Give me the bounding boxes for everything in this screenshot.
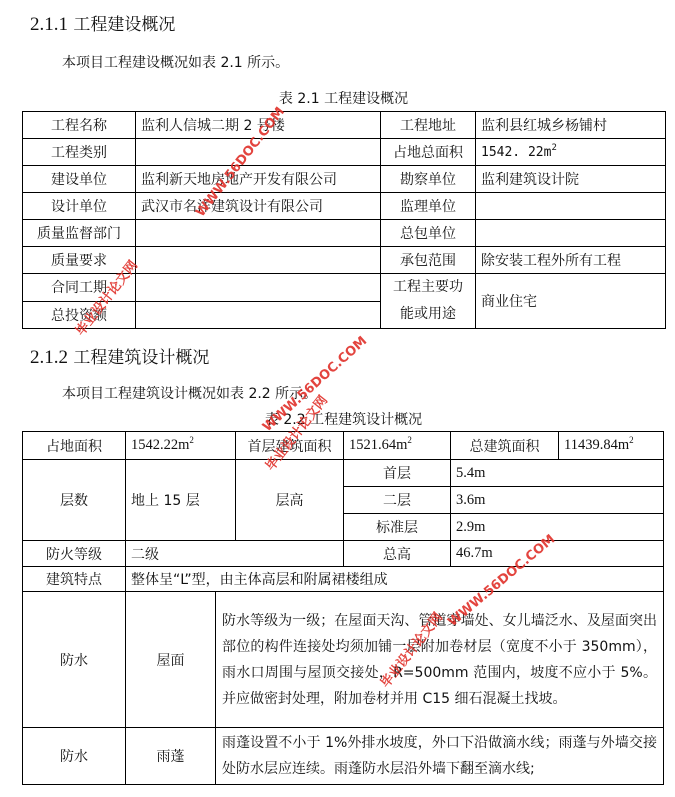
cell-label: 监理单位 (381, 193, 476, 220)
cell-description: 雨蓬设置不小于 1%外排水坡度，外口下沿做滴水线；雨蓬与外墙交接处防水层应连续。… (216, 728, 664, 785)
cell-value: 监利人信城二期 2 号楼 (136, 112, 381, 139)
cell-floor-name: 标准层 (344, 514, 451, 541)
first-floor-area-value: 1521.64m (349, 437, 407, 453)
table-caption-2-2: 表 2.2 工程建筑设计概况 (22, 409, 665, 429)
cell-label: 设计单位 (23, 193, 136, 220)
table-row: 质量监督部门 总包单位 (23, 220, 666, 247)
cell-label: 建设单位 (23, 166, 136, 193)
unit-superscript: 2 (629, 435, 634, 445)
cell-label: 工程名称 (23, 112, 136, 139)
table-caption-2-1: 表 2.1 工程建设概况 (22, 88, 665, 108)
table-row: 工程类别 占地总面积 1542. 22m2 (23, 139, 666, 166)
section-number: 2.1.1 (30, 14, 68, 35)
table-2-2-architectural-design: 占地面积 1542.22m2 首层建筑面积 1521.64m2 总建筑面积 11… (22, 431, 664, 785)
table-2-1-construction-overview: 工程名称 监利人信城二期 2 号楼 工程地址 监利县红城乡杨铺村 工程类别 占地… (22, 111, 666, 329)
unit-superscript: 2 (189, 435, 194, 445)
table-row: 建设单位 监利新天地房地产开发有限公司 勘察单位 监利建筑设计院 (23, 166, 666, 193)
cell-value: 1542.22m2 (126, 432, 236, 460)
cell-value (476, 220, 666, 247)
cell-floor-name: 二层 (344, 487, 451, 514)
cell-value: 整体呈“L”型，由主体高层和附属裙楼组成 (126, 567, 664, 592)
section-title: 工程建设概况 (73, 15, 175, 35)
unit-superscript: 2 (551, 143, 556, 153)
cell-label: 质量要求 (23, 247, 136, 274)
cell-label: 总投资额 (23, 301, 136, 329)
cell-label: 防火等级 (23, 541, 126, 567)
cell-value: 监利新天地房地产开发有限公司 (136, 166, 381, 193)
cell-value (136, 220, 381, 247)
table-row-waterproof-canopy: 防水 雨蓬 雨蓬设置不小于 1%外排水坡度，外口下沿做滴水线；雨蓬与外墙交接处防… (23, 728, 664, 785)
cell-value: 1542. 22m2 (476, 139, 666, 166)
cell-label: 承包范围 (381, 247, 476, 274)
label-line-2: 能或用途 (386, 301, 470, 328)
cell-label: 层高 (236, 460, 344, 541)
cell-label: 首层建筑面积 (236, 432, 344, 460)
cell-value: 监利建筑设计院 (476, 166, 666, 193)
table-row-fire: 防火等级 二级 总高 46.7m (23, 541, 664, 567)
unit-superscript: 2 (407, 435, 412, 445)
cell-label: 建筑特点 (23, 567, 126, 592)
cell-value (136, 139, 381, 166)
cell-value: 二级 (126, 541, 344, 567)
cell-value: 地上 15 层 (126, 460, 236, 541)
cell-label: 占地面积 (23, 432, 126, 460)
table-row-floors: 层数 地上 15 层 层高 首层 5.4m (23, 460, 664, 487)
cell-floor-height: 5.4m (451, 460, 664, 487)
cell-label: 总建筑面积 (451, 432, 559, 460)
cell-floor-height: 2.9m (451, 514, 664, 541)
cell-part: 雨蓬 (126, 728, 216, 785)
cell-label: 总高 (344, 541, 451, 567)
intro-paragraph-2: 本项目工程建筑设计概况如表 2.2 所示。 (62, 383, 317, 403)
section-number: 2.1.2 (30, 347, 68, 368)
cell-value (136, 247, 381, 274)
cell-value: 监利县红城乡杨铺村 (476, 112, 666, 139)
cell-value (136, 301, 381, 329)
intro-paragraph-1: 本项目工程建设概况如表 2.1 所示。 (62, 52, 289, 72)
section-heading-2-1-2: 2.1.2 工程建筑设计概况 (30, 343, 209, 369)
cell-value: 1521.64m2 (344, 432, 451, 460)
table-row: 设计单位 武汉市名洋建筑设计有限公司 监理单位 (23, 193, 666, 220)
cell-label: 工程类别 (23, 139, 136, 166)
cell-label: 占地总面积 (381, 139, 476, 166)
table-row: 合同工期 工程主要功 能或用途 商业住宅 (23, 274, 666, 302)
cell-value: 11439.84m2 (559, 432, 664, 460)
cell-value: 武汉市名洋建筑设计有限公司 (136, 193, 381, 220)
cell-label: 质量监督部门 (23, 220, 136, 247)
cell-value: 46.7m (451, 541, 664, 567)
cell-label: 防水 (23, 592, 126, 728)
area-value: 1542. 22m (481, 145, 551, 160)
cell-part: 屋面 (126, 592, 216, 728)
table-row-area: 占地面积 1542.22m2 首层建筑面积 1521.64m2 总建筑面积 11… (23, 432, 664, 460)
cell-description: 防水等级为一级；在屋面天沟、管道穿墙处、女儿墙泛水、及屋面突出部位的构件连接处均… (216, 592, 664, 728)
cell-label: 工程地址 (381, 112, 476, 139)
section-heading-2-1-1: 2.1.1 工程建设概况 (30, 10, 175, 36)
table-row-waterproof-roof: 防水 屋面 防水等级为一级；在屋面天沟、管道穿墙处、女儿墙泛水、及屋面突出部位的… (23, 592, 664, 728)
land-area-value: 1542.22m (131, 437, 189, 453)
cell-value: 除安装工程外所有工程 (476, 247, 666, 274)
cell-label: 合同工期 (23, 274, 136, 302)
cell-label: 防水 (23, 728, 126, 785)
table-row: 工程名称 监利人信城二期 2 号楼 工程地址 监利县红城乡杨铺村 (23, 112, 666, 139)
total-area-value: 11439.84m (564, 437, 629, 453)
table-row-features: 建筑特点 整体呈“L”型，由主体高层和附属裙楼组成 (23, 567, 664, 592)
cell-label: 层数 (23, 460, 126, 541)
cell-label: 勘察单位 (381, 166, 476, 193)
table-row: 质量要求 承包范围 除安装工程外所有工程 (23, 247, 666, 274)
cell-label: 总包单位 (381, 220, 476, 247)
cell-value (136, 274, 381, 302)
cell-label-main-use: 工程主要功 能或用途 (381, 274, 476, 329)
label-line-1: 工程主要功 (386, 274, 470, 301)
cell-floor-height: 3.6m (451, 487, 664, 514)
cell-value (476, 193, 666, 220)
cell-floor-name: 首层 (344, 460, 451, 487)
cell-value-main-use: 商业住宅 (476, 274, 666, 329)
section-title: 工程建筑设计概况 (73, 348, 209, 368)
